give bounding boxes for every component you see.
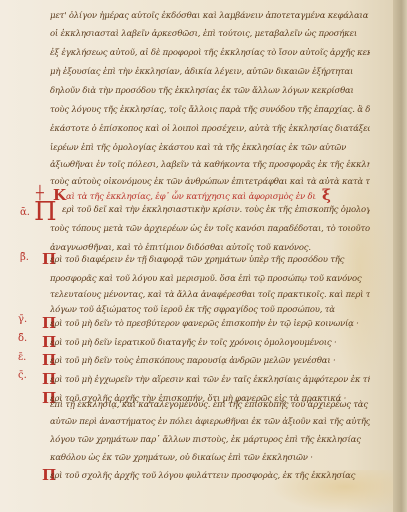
text-line: ερὶ τοῦ μὴ ἐγχωρεῖν τὴν αἵρεσιν καὶ τῶν … [50, 373, 370, 387]
margin-numeral: ς̄. [18, 370, 27, 381]
text-line: ερὶ τοῦ μὴ δεῖν τοὺς ἐπισκόπους παρουσίᾳ… [50, 354, 370, 368]
margin-numeral: ᾱ. [20, 207, 30, 218]
text-line: καθόλου ὡς ἐκ τῶν χρημάτων, οὐ δικαίως ἐ… [50, 451, 370, 465]
text-line: δηλοῦν διὰ τὴν προσόδου τῆς ἐκκλησίας ἐκ… [50, 84, 370, 98]
rubric-end-mark: ξ [322, 186, 331, 204]
text-line: ἱερέων ἐπὶ τῆς ὁμολογίας ἑκάστου καὶ τὰ … [50, 141, 370, 155]
text-line: ἐκάστοτε ὁ ἐπίσκοπος καὶ οἱ λοιποὶ προσέ… [50, 122, 370, 136]
text-line: λόγων τοῦ ἀξιώματος τοῦ ἱεροῦ ἐκ τῆς σφρ… [50, 303, 370, 317]
text-line: αὐτῶν περὶ ἀναστήματος ἐν πόλει ἀφιερωθῆ… [50, 415, 370, 429]
text-line: τελευταίους μένοντας, καὶ τὰ ἄλλα ἀναφέρ… [50, 288, 370, 302]
margin-numeral: ε̄. [18, 352, 26, 363]
margin-numeral: δ̄. [18, 333, 27, 344]
rubric-heading: αὶ τὰ τῆς ἐκκλησίας, ἐφ᾽ ὧν κατήχησις κα… [66, 190, 316, 204]
text-line: ερὶ τοῦ μὴ δεῖν ἱερατικοῦ διαταγῆς ἐν το… [50, 336, 370, 350]
text-line: ερὶ τοῦ μὴ δεῖν τὸ πρεσβύτερον φανερῶς ἐ… [50, 317, 370, 331]
book-gutter [393, 0, 407, 512]
text-line: οἱ ἐκκλησιασταὶ λαβεῖν ἀρκεσθῶσι, ἐπὶ το… [50, 27, 370, 41]
text-line: λόγου τῶν χρημάτων παρ᾽ ἄλλων πιστοὺς, ἐ… [50, 433, 370, 447]
margin-numeral: γ̄. [18, 314, 27, 325]
margin-numeral: β̄. [20, 252, 29, 263]
manuscript-page: μετ' ὀλίγον ἡμέρας αὐτοῖς ἐκδόσθαι καὶ λ… [0, 0, 407, 512]
text-line: μὴ ἐξουσίας ἐπὶ τὴν ἐκκλησίαν, ἀδικία λέ… [50, 65, 370, 79]
text-line: ἐξ ἐγκλήσεως αὐτοῦ, αἱ δὲ προφοροὶ τῆς ἐ… [50, 46, 370, 60]
text-line: ἐπὶ τῇ ἐκκλησίᾳ, καὶ καταλεγομένους. ἐπὶ… [50, 398, 370, 412]
text-line: ερὶ τοῦ σχολῆς ἀρχῆς τοῦ λόγου φυλάττειν… [50, 469, 370, 483]
text-line: ἀξιωθῆναι ἐν τοῖς πόλεσι, λαβεῖν τὰ καθή… [50, 158, 370, 172]
text-line: μετ' ὀλίγον ἡμέρας αὐτοῖς ἐκδόσθαι καὶ λ… [50, 9, 370, 23]
text-line: τοὺς λόγους τῆς ἐκκλησίας, τοῖς ἄλλοις π… [50, 103, 370, 117]
text-line: ερὶ τοῦ δεῖ καὶ τὴν ἐκκλησιαστικὴν κρίσι… [62, 203, 370, 217]
text-line: προσφορᾶς καὶ τοῦ λόγου καὶ μερισμοῦ. ὅσ… [50, 272, 370, 286]
text-line: τοὺς τόπους μετὰ τῶν ἀρχιερέων ὡς ἐν τοῖ… [50, 222, 370, 236]
text-line: ερὶ τοῦ διαφέρειν ἐν τῇ διαφορᾷ τῶν χρημ… [50, 253, 370, 267]
